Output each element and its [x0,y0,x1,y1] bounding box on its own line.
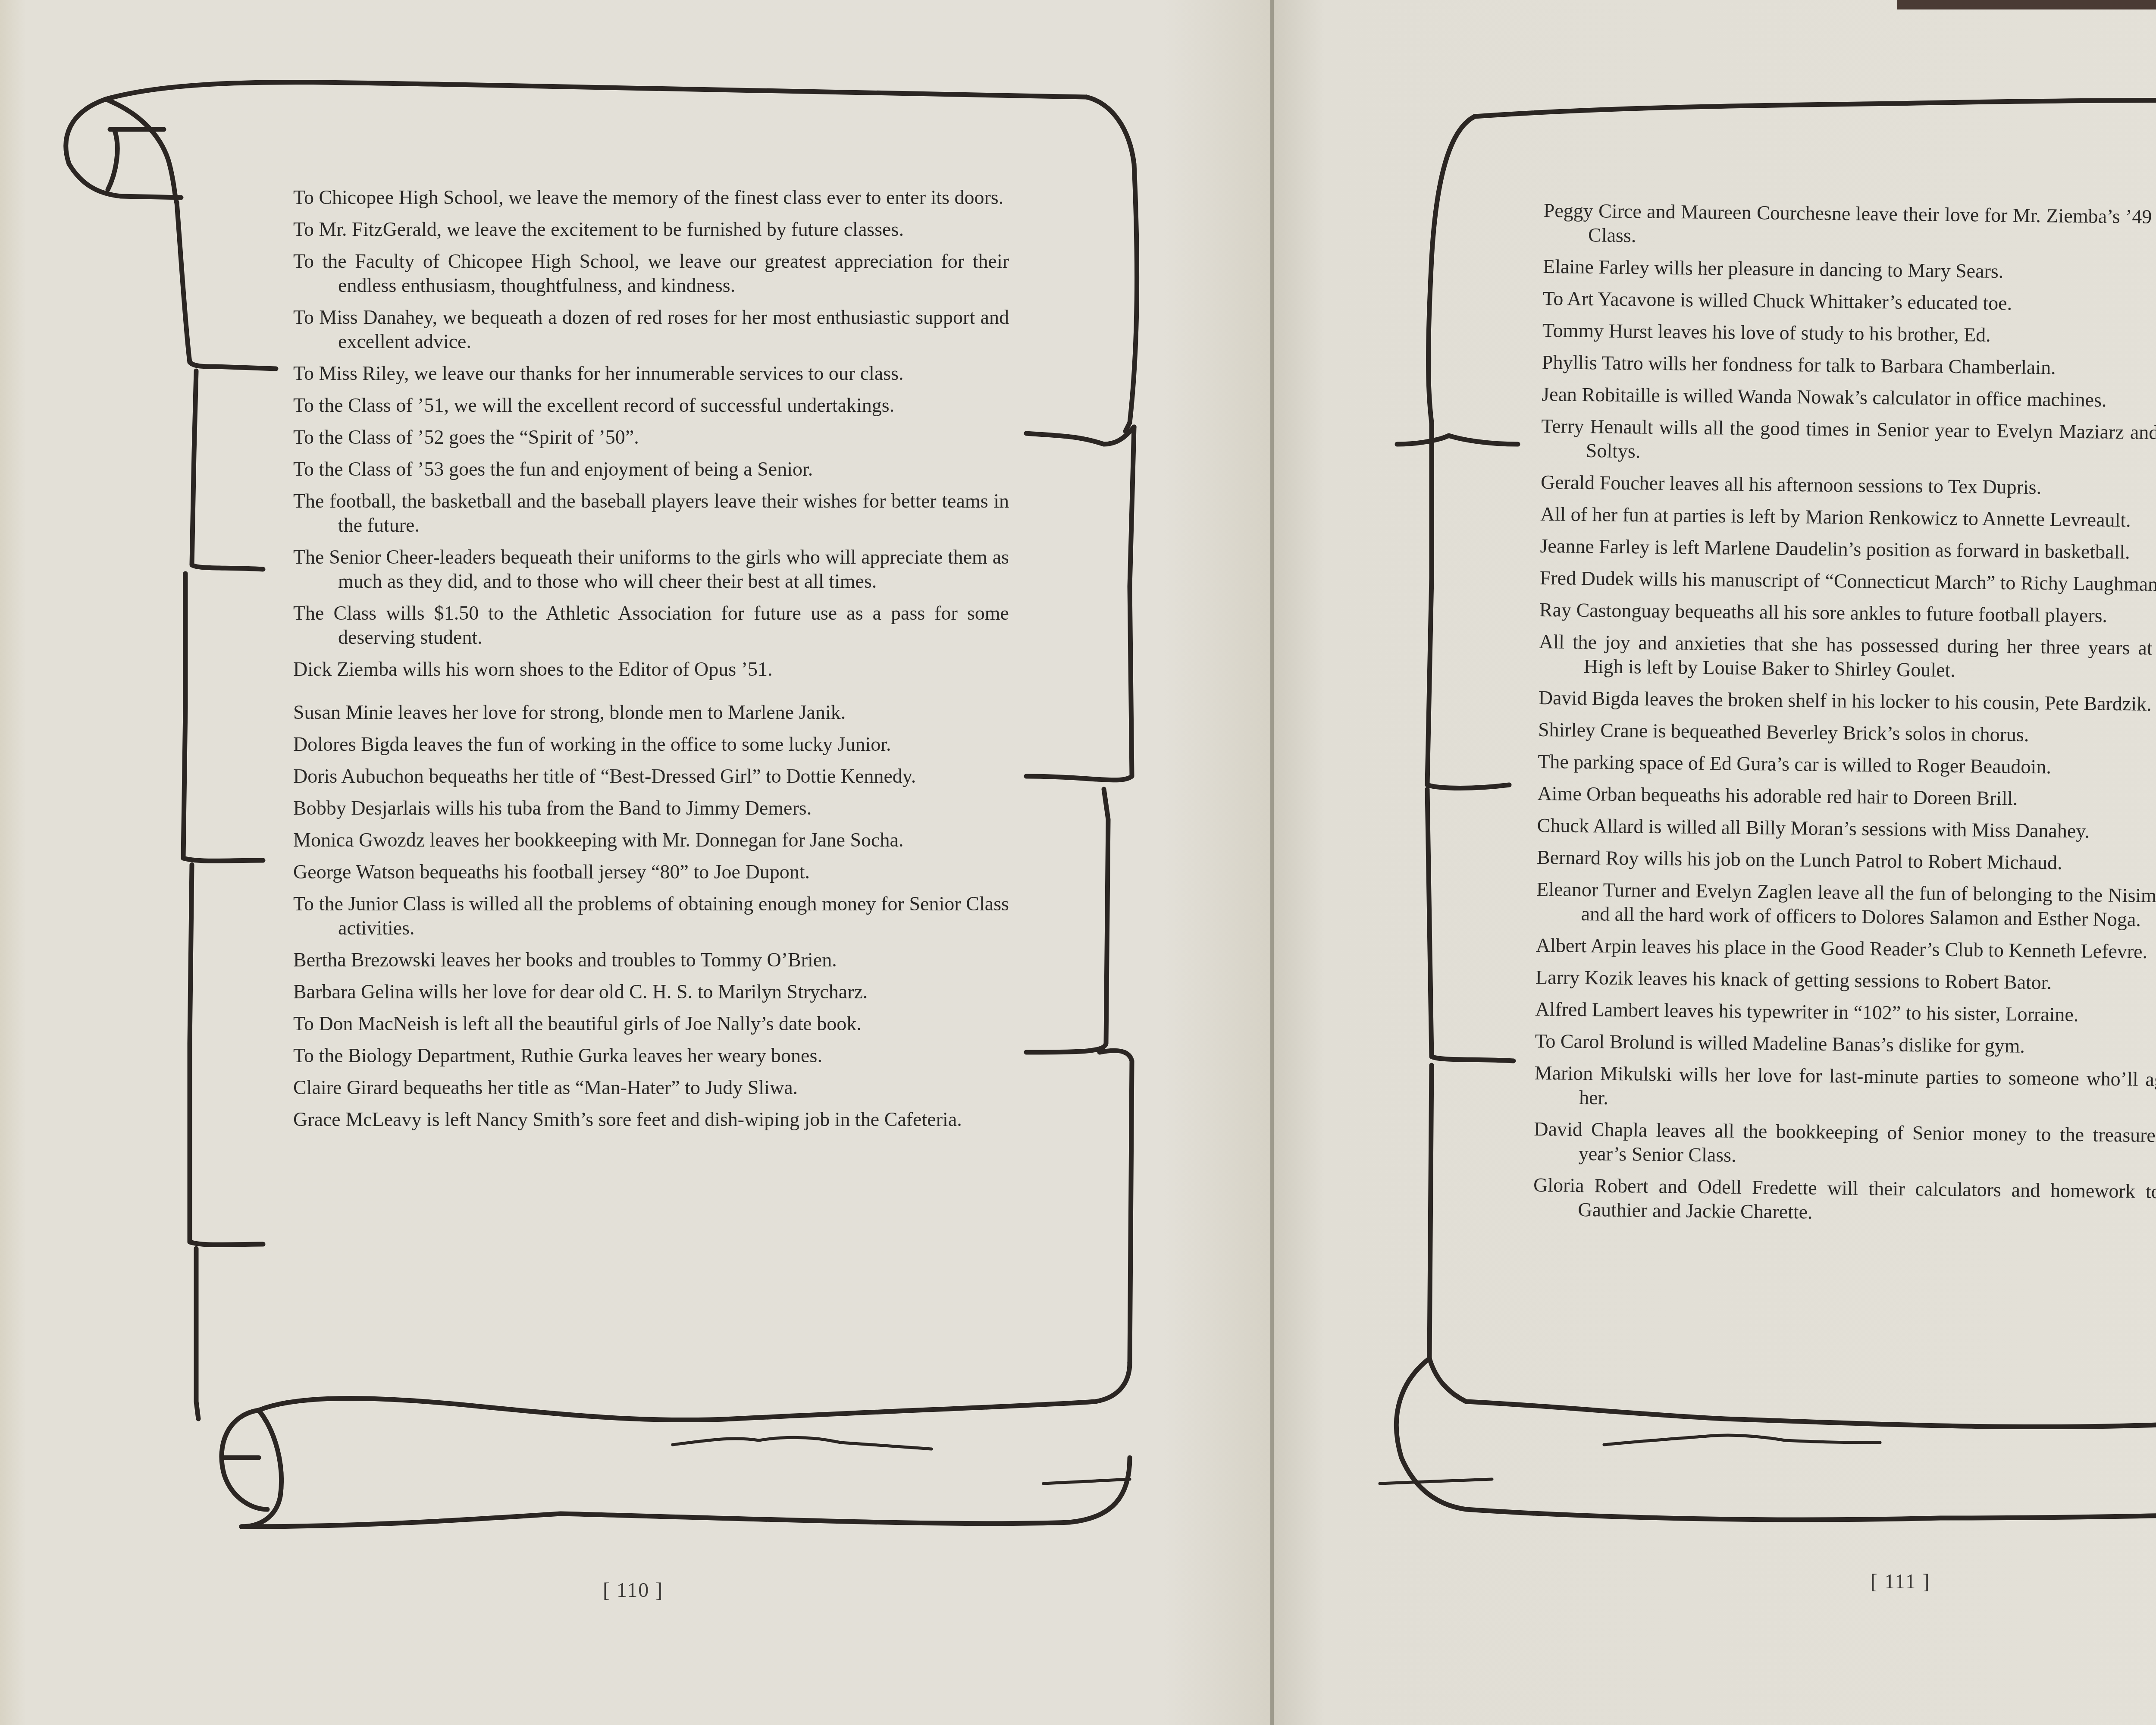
left-page-text: To Chicopee High School, we leave the me… [293,185,1009,1139]
will-entry: Gerald Foucher leaves all his afternoon … [1541,470,2156,502]
will-entry: Terry Henault wills all the good times i… [1541,414,2156,470]
will-entry: Aime Orban bequeaths his adorable red ha… [1537,781,2156,813]
will-entry: All the joy and anxieties that she has p… [1539,630,2156,685]
page-number-right: [ 111 ] [1871,1570,1930,1593]
will-entry: The Class wills $1.50 to the Athletic As… [293,601,1009,649]
will-entry: Barbara Gelina wills her love for dear o… [293,980,1009,1004]
will-entry: The football, the basketball and the bas… [293,489,1009,537]
will-entry: To Miss Danahey, we bequeath a dozen of … [293,305,1009,354]
will-entry: Susan Minie leaves her love for strong, … [293,700,1009,724]
will-entry: Dick Ziemba wills his worn shoes to the … [293,657,1009,681]
will-entry: David Chapla leaves all the bookkeeping … [1534,1117,2156,1173]
will-entry: Dolores Bigda leaves the fun of working … [293,732,1009,756]
will-entry: To the Biology Department, Ruthie Gurka … [293,1044,1009,1068]
will-entry: All of her fun at parties is left by Mar… [1540,502,2156,533]
will-entry: The Senior Cheer-leaders bequeath their … [293,545,1009,593]
will-entry: Fred Dudek wills his manuscript of “Conn… [1539,566,2156,597]
will-entry: Shirley Crane is bequeathed Beverley Bri… [1538,718,2156,749]
will-entry: George Watson bequeaths his football jer… [293,860,1009,884]
will-entry: Tommy Hurst leaves his love of study to … [1542,318,2156,350]
will-entry: Larry Kozik leaves his knack of getting … [1536,965,2156,997]
will-entry: Bobby Desjarlais wills his tuba from the… [293,796,1009,820]
will-entry: To Carol Brolund is willed Madeline Bana… [1535,1029,2156,1060]
will-entry: Eleanor Turner and Evelyn Zaglen leave a… [1536,877,2156,933]
will-entry: Marion Mikulski wills her love for last-… [1534,1061,2156,1117]
will-entry: To the Junior Class is willed all the pr… [293,892,1009,940]
will-entry: Elaine Farley wills her pleasure in danc… [1543,254,2156,286]
will-entry: To the Class of ’52 goes the “Spirit of … [293,425,1009,449]
will-entry: Bernard Roy wills his job on the Lunch P… [1537,845,2156,877]
will-entry: Gloria Robert and Odell Fredette will th… [1533,1173,2156,1229]
cover-edge [1897,0,2156,9]
will-entry: To the Class of ’53 goes the fun and enj… [293,457,1009,481]
will-entry: To the Class of ’51, we will the excelle… [293,393,1009,417]
will-entry: Claire Girard bequeaths her title as “Ma… [293,1076,1009,1100]
will-entry: Jeanne Farley is left Marlene Daudelin’s… [1540,534,2156,565]
yearbook-spread: To Chicopee High School, we leave the me… [0,0,2156,1725]
will-entry: Ray Castonguay bequeaths all his sore an… [1539,598,2156,629]
will-entry: Jean Robitaille is willed Wanda Nowak’s … [1542,382,2156,414]
will-entry: To Mr. FitzGerald, we leave the exciteme… [293,217,1009,241]
will-entry: Albert Arpin leaves his place in the Goo… [1536,933,2156,965]
will-entry: Chuck Allard is willed all Billy Moran’s… [1537,813,2156,845]
will-entry: To Chicopee High School, we leave the me… [293,185,1009,210]
will-entry: Grace McLeavy is left Nancy Smith’s sore… [293,1107,1009,1132]
will-entry: Alfred Lambert leaves his typewriter in … [1535,997,2156,1029]
will-entry: Bertha Brezowski leaves her books and tr… [293,948,1009,972]
right-page-text: Peggy Circe and Maureen Courchesne leave… [1533,198,2156,1236]
will-entry: Doris Aubuchon bequeaths her title of “B… [293,764,1009,788]
page-number-left: [ 110 ] [603,1578,663,1602]
will-entry: To Don MacNeish is left all the beautifu… [293,1012,1009,1036]
will-entry: To Miss Riley, we leave our thanks for h… [293,361,1009,386]
will-entry: Monica Gwozdz leaves her bookkeeping wit… [293,828,1009,852]
will-entry: To the Faculty of Chicopee High School, … [293,249,1009,298]
will-entry: To Art Yacavone is willed Chuck Whittake… [1542,286,2156,318]
book-gutter [1270,0,1274,1725]
will-entry: Peggy Circe and Maureen Courchesne leave… [1543,198,2156,254]
will-entry: The parking space of Ed Gura’s car is wi… [1538,750,2156,781]
will-entry: Phyllis Tatro wills her fondness for tal… [1542,350,2156,382]
will-entry: David Bigda leaves the broken shelf in h… [1539,686,2156,717]
